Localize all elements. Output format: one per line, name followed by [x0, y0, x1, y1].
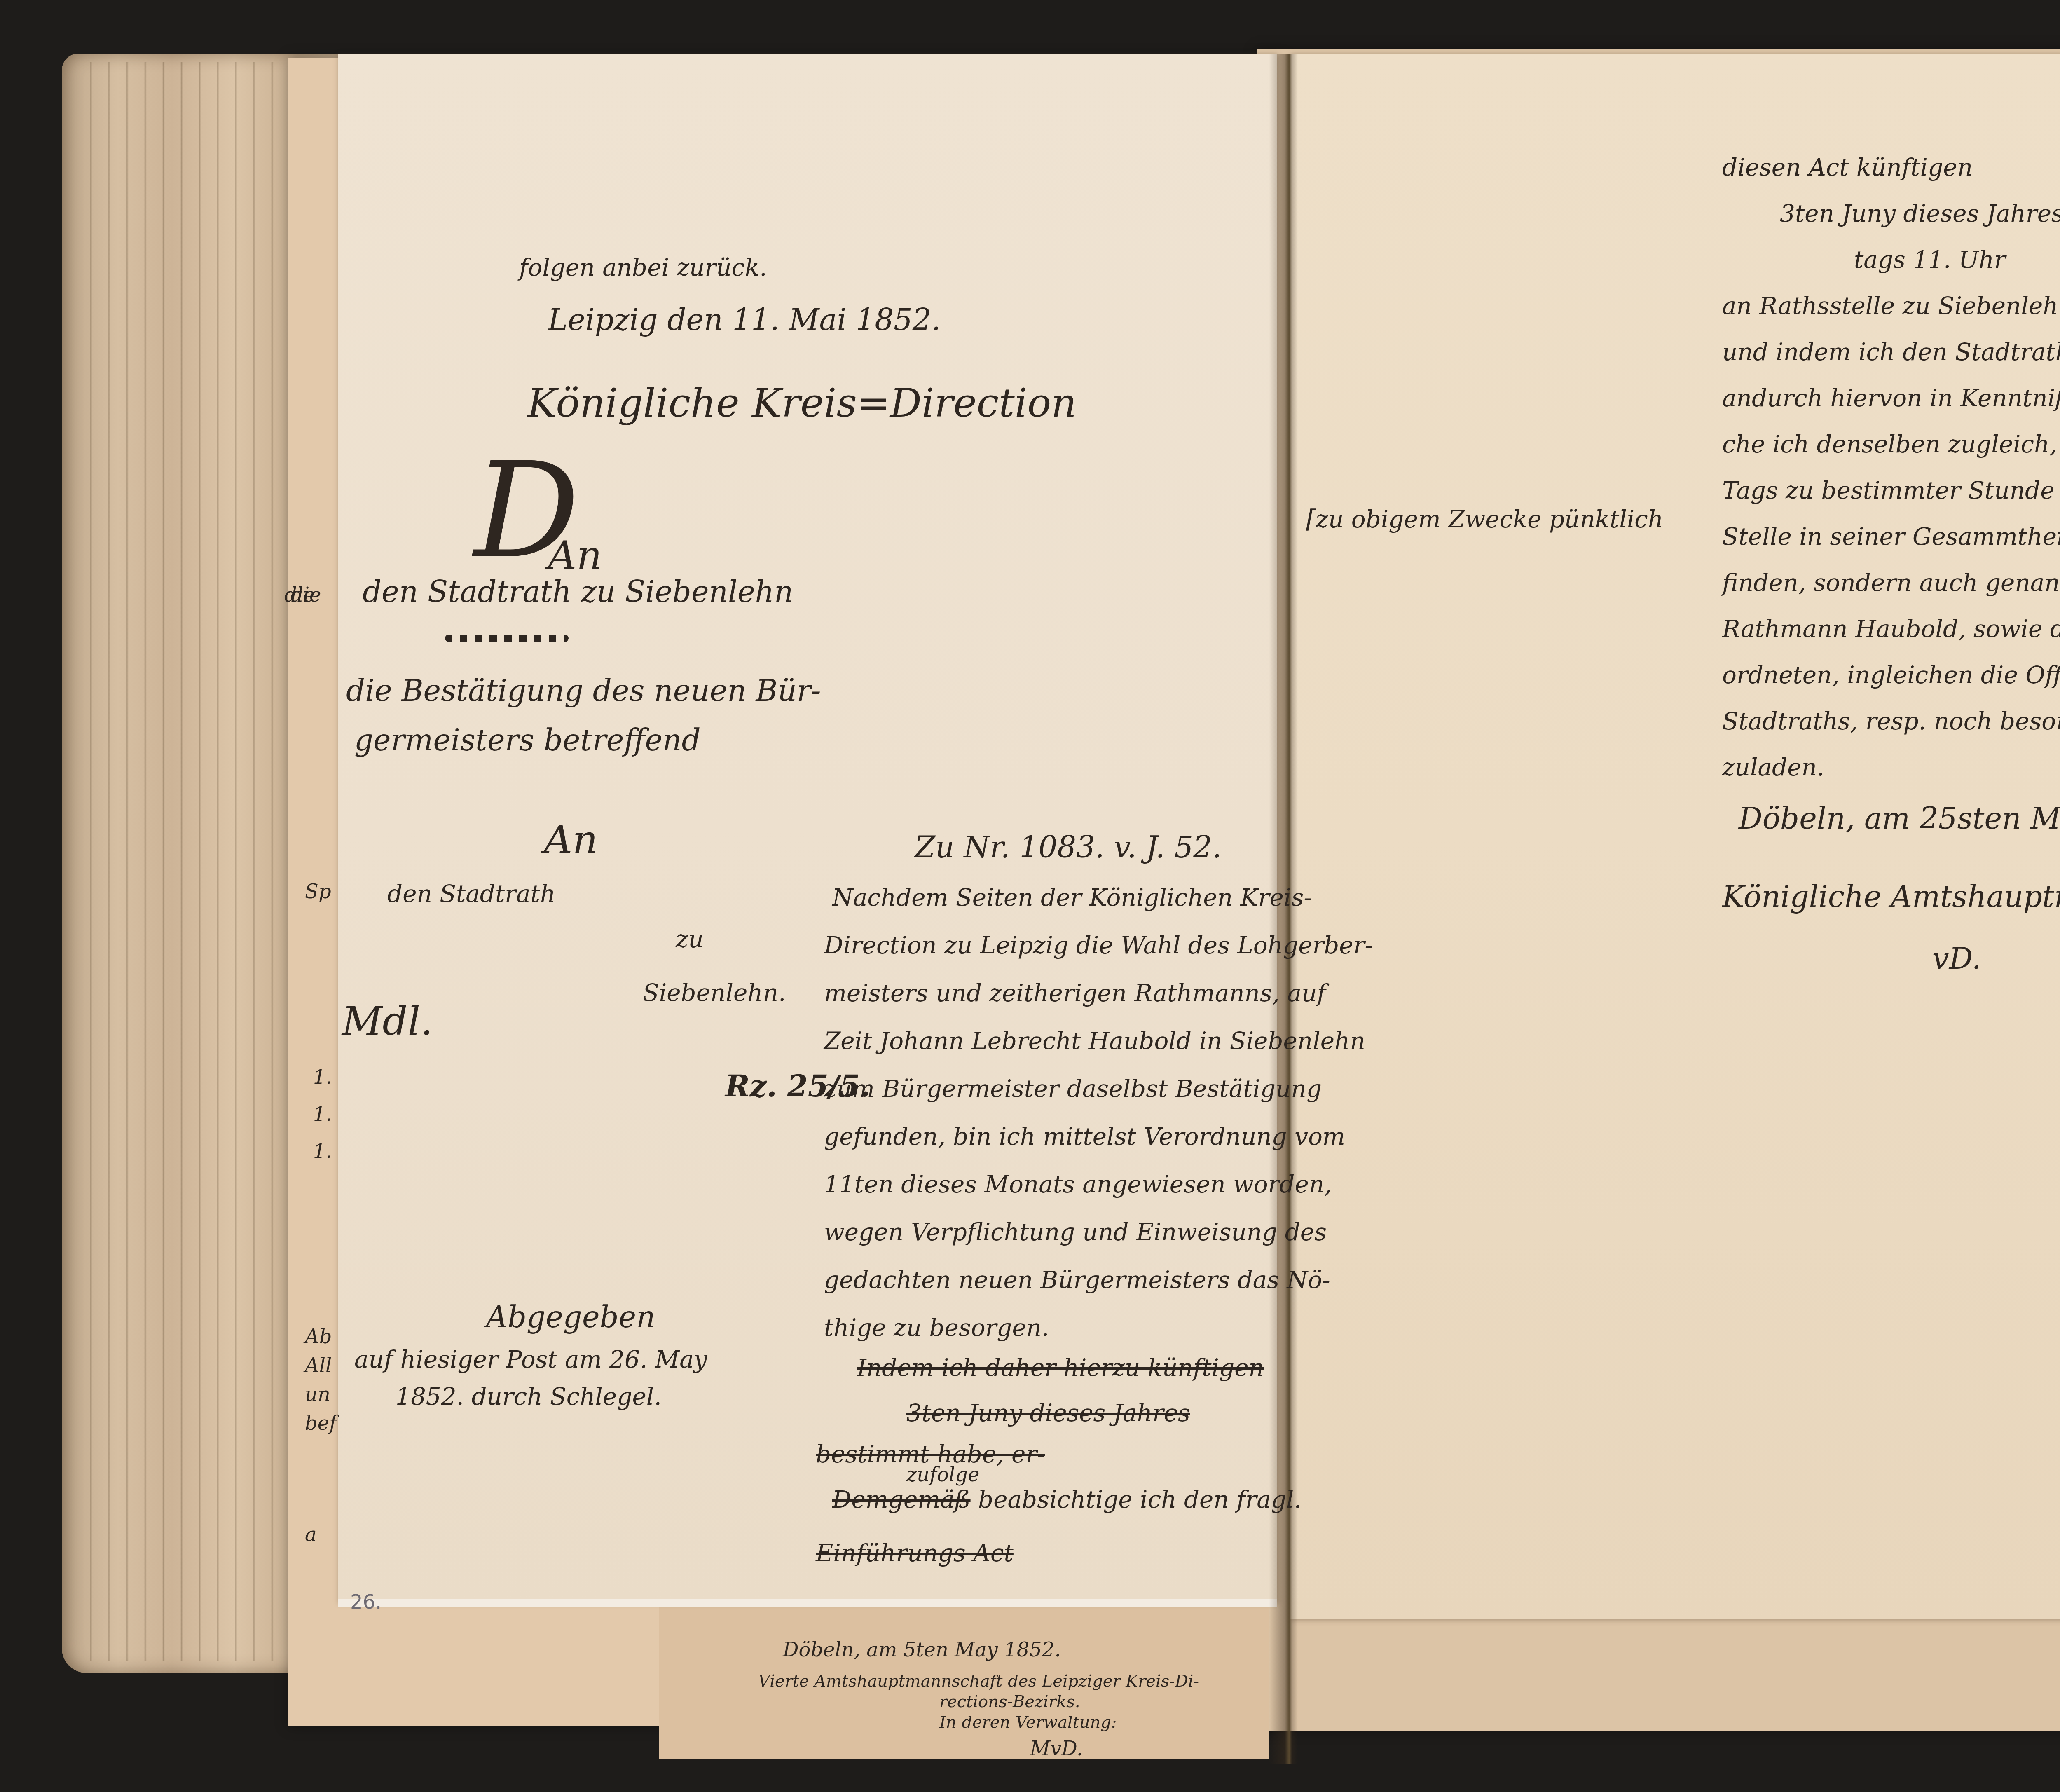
- right-line: zuladen.: [1722, 744, 2060, 790]
- right-line: Tags zu bestimmter Stunde an geordneter: [1722, 467, 2060, 513]
- margin-note: ⌈zu obigem Zwecke pünktlich: [1306, 507, 1663, 532]
- flourish-divider: [445, 635, 569, 642]
- margin-fragment: 1.: [313, 1141, 332, 1161]
- right-line: ordneten, ingleichen die Officianten des: [1722, 652, 2060, 698]
- address-margin-prefix: die: [290, 585, 321, 605]
- margin-fragment: bef: [305, 1413, 337, 1433]
- address-recipient: den Stadtrath zu Siebenlehn: [363, 577, 793, 607]
- right-line: che ich denselben zugleich, sich gedacht…: [1722, 421, 2060, 467]
- margin-fragment: Sp: [305, 882, 331, 902]
- closing-signature: vD.: [1932, 944, 1981, 973]
- right-page-text: diesen Act künftigen 3ten Juny dieses Ja…: [1722, 144, 2060, 790]
- struck-line: 3ten Juny dieses Jahres: [906, 1401, 1190, 1425]
- second-address-initials: Mdl.: [342, 1001, 433, 1041]
- body-line: Nachdem Seiten der Königlichen Kreis-: [824, 874, 1373, 921]
- slip-authority-line1: Vierte Amtshauptmannschaft des Leipziger…: [758, 1673, 1199, 1689]
- address-to: An: [548, 536, 602, 575]
- right-line: finden, sondern auch genannten Herrn: [1722, 560, 2060, 606]
- body-continuation: Demgemäß beabsichtige ich den fragl.: [832, 1487, 1302, 1511]
- margin-fragment: 1.: [313, 1104, 332, 1124]
- body-line: thige zu besorgen.: [824, 1304, 1373, 1352]
- body-line: gefunden, bin ich mittelst Verordnung vo…: [824, 1113, 1373, 1160]
- struck-line: Indem ich daher hierzu künftigen: [857, 1356, 1264, 1380]
- right-line: Stelle in seiner Gesammtheit einzu-: [1722, 513, 2060, 560]
- pencil-number: 26.: [350, 1591, 382, 1614]
- body-line: wegen Verpflichtung und Einweisung des: [824, 1208, 1373, 1256]
- margin-fragment: Ab: [305, 1327, 332, 1347]
- insertion-above: zufolge: [906, 1465, 979, 1485]
- slip-signature: MvD.: [1030, 1739, 1083, 1759]
- slip-date: Döbeln, am 5ten May 1852.: [783, 1640, 1061, 1660]
- dispatch-note-line1: Abgegeben: [486, 1302, 655, 1332]
- right-line: und indem ich den Stadtrath daselbst: [1722, 329, 2060, 375]
- right-line: diesen Act künftigen: [1722, 144, 2060, 190]
- body-line: gedachten neuen Bürgermeisters das Nö-: [824, 1256, 1373, 1304]
- right-line: tags 11. Uhr: [1722, 237, 2060, 283]
- closing-date: Döbeln, am 25sten May 1852.: [1739, 803, 2060, 833]
- right-line: Rathmann Haubold, sowie die Stadtver-: [1722, 606, 2060, 652]
- margin-fragment: un: [305, 1384, 330, 1404]
- slip-authority-line2: rections-Bezirks.: [939, 1694, 1080, 1710]
- address-subject-line2: germeisters betreffend: [354, 725, 701, 755]
- body-heading: Zu Nr. 1083. v. J. 52.: [915, 832, 1222, 862]
- body-line: zum Bürgermeister daselbst Bestätigung: [824, 1065, 1373, 1113]
- margin-fragment: 1.: [313, 1067, 332, 1087]
- header-place-date: Leipzig den 11. Mai 1852.: [548, 305, 941, 335]
- struck-line: bestimmt habe, er-: [816, 1442, 1045, 1466]
- closing-authority: Königliche Amtshauptmannschaft.: [1722, 882, 2060, 911]
- left-page-bottom-edge: [338, 1599, 1277, 1607]
- body-line: Zeit Johann Lebrecht Haubold in Siebenle…: [824, 1017, 1373, 1065]
- right-line: andurch hiervon in Kenntniß setze, ersu-: [1722, 375, 2060, 421]
- right-line: an Rathsstelle zu Siebenlehn vorzunehmen: [1722, 283, 2060, 329]
- header-authority: Königliche Kreis=Direction: [527, 383, 1077, 423]
- second-address-recipient: den Stadtrath: [387, 882, 555, 906]
- body-text: Nachdem Seiten der Königlichen Kreis- Di…: [824, 874, 1373, 1352]
- body-line: meisters und zeitherigen Rathmanns, auf: [824, 969, 1373, 1017]
- dispatch-note-line2: auf hiesiger Post am 26. May: [354, 1347, 707, 1371]
- struck-line-last: Einführungs Act: [816, 1541, 1014, 1565]
- slip-authority-line3: In deren Verwaltung:: [939, 1714, 1117, 1731]
- address-subject-line1: die Bestätigung des neuen Bür-: [346, 676, 821, 705]
- margin-fragment: a: [305, 1525, 317, 1544]
- right-line: 3ten Juny dieses Jahres Vormit-: [1722, 190, 2060, 237]
- body-line: Direction zu Leipzig die Wahl des Lohger…: [824, 921, 1373, 969]
- dispatch-note-line3: 1852. durch Schlegel.: [396, 1384, 662, 1408]
- second-address-place: Siebenlehn.: [643, 981, 786, 1005]
- header-return-note: folgen anbei zurück.: [519, 255, 767, 279]
- second-address-to: An: [544, 820, 598, 860]
- body-line: 11ten dieses Monats angewiesen worden,: [824, 1160, 1373, 1208]
- second-address-zu: zu: [676, 927, 704, 951]
- margin-fragment: All: [305, 1356, 332, 1375]
- right-line: Stadtraths, resp. noch besonders, hierzu…: [1722, 698, 2060, 744]
